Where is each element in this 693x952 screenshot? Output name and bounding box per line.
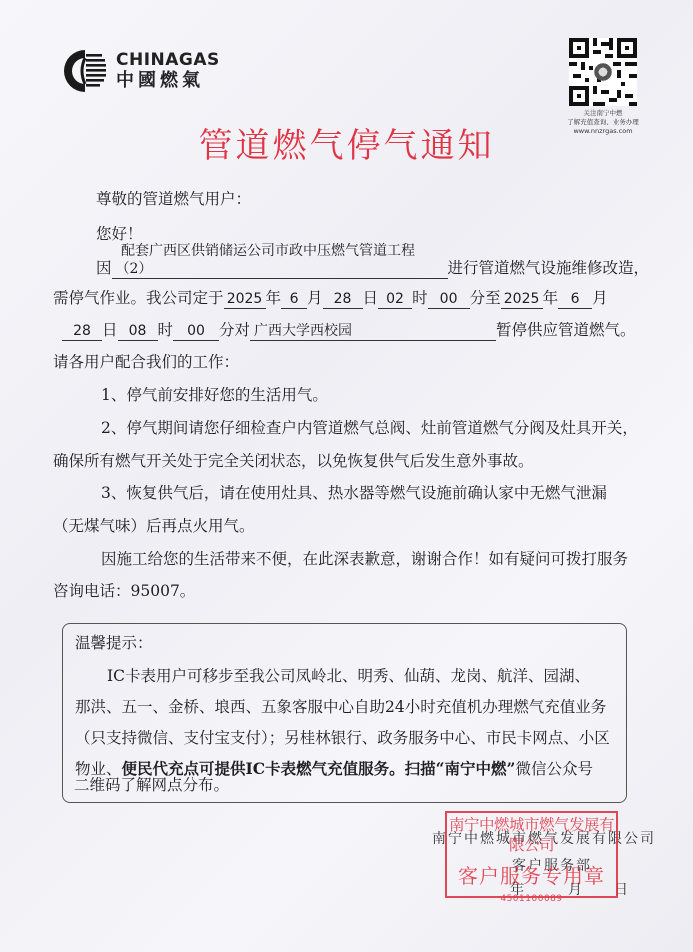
tips-line-1: IC卡表用户可移步至我公司凤岭北、明秀、仙葫、龙岗、航洋、园湖、 <box>107 666 590 686</box>
item-2: 2、停气期间请您仔细检查户内管道燃气总阀、灶前管道燃气分阀及灶具开关， <box>101 418 638 438</box>
official-stamp: 南宁中燃城市燃气发展有限公司 客户服务专用章 4501100089 <box>445 811 618 898</box>
qr-code-icon <box>569 38 637 106</box>
end-month: 6 <box>558 290 592 309</box>
affected-area: 广西大学西校园 <box>250 322 496 341</box>
start-hour: 02 <box>378 290 412 309</box>
stamp-title: 客户服务专用章 <box>447 861 616 891</box>
greeting: 尊敬的管道燃气用户： <box>96 189 251 209</box>
notice-title: 管道燃气停气通知 <box>0 118 693 167</box>
tips-line-5: 二维码了解网点分布。 <box>74 775 229 795</box>
apology-line-2: 咨询电话：95007。 <box>53 581 195 601</box>
logo-english: CHINAGAS <box>116 50 220 70</box>
start-minute: 00 <box>428 290 470 309</box>
reason-line: 因（2）进行管道燃气设施维修改造， <box>96 258 649 279</box>
tips-line-2: 那洪、五一、金桥、埌西、五象客服中心自助24小时充值机办理燃气充值业务 <box>75 697 606 717</box>
start-day: 28 <box>323 290 363 309</box>
stamp-company: 南宁中燃城市燃气发展有限公司 <box>447 815 616 855</box>
chinagas-logo-icon <box>62 48 108 94</box>
logo-chinese: 中國燃氣 <box>116 70 220 92</box>
item-3: 3、恢复供气后，请在使用灶具、热水器等燃气设施前确认家中无燃气泄漏 <box>101 483 607 503</box>
end-day: 28 <box>62 322 102 341</box>
start-year: 2025 <box>224 290 266 309</box>
reason-blank: （2） <box>112 260 448 279</box>
item-3-cont: （无煤气味）后再点火用气。 <box>53 516 255 536</box>
qr-caption-1: 关注南宁中燃 <box>548 109 658 118</box>
notice-page: CHINAGAS 中國燃氣 <box>0 0 693 952</box>
schedule-line-1: 需停气作业。我公司定于2025年6月28日02时00分至2025年6月 <box>53 288 608 309</box>
end-year: 2025 <box>501 290 543 309</box>
chinagas-logo: CHINAGAS 中國燃氣 <box>62 46 220 96</box>
cooperate-line: 请各用户配合我们的工作： <box>53 352 239 372</box>
tips-heading: 温馨提示： <box>75 633 153 653</box>
start-month: 6 <box>281 290 307 309</box>
tips-line-3: （只支持微信、支付宝支付）；另桂林银行、政务服务中心、市民卡网点、小区 <box>75 728 610 748</box>
end-hour: 08 <box>118 322 158 341</box>
schedule-line-2: 28日08时00分对广西大学西校园暂停供应管道燃气。 <box>62 320 636 341</box>
end-minute: 00 <box>173 322 219 341</box>
apology-line-1: 因施工给您的生活带来不便，在此深表歉意，谢谢合作！如有疑问可拨打服务 <box>101 549 628 569</box>
item-1: 1、停气前安排好您的生活用气。 <box>101 385 328 405</box>
stamp-code: 4501100089 <box>447 893 616 905</box>
item-2-cont: 确保所有燃气开关处于完全关闭状态，以免恢复供气后发生意外事故。 <box>53 451 534 471</box>
